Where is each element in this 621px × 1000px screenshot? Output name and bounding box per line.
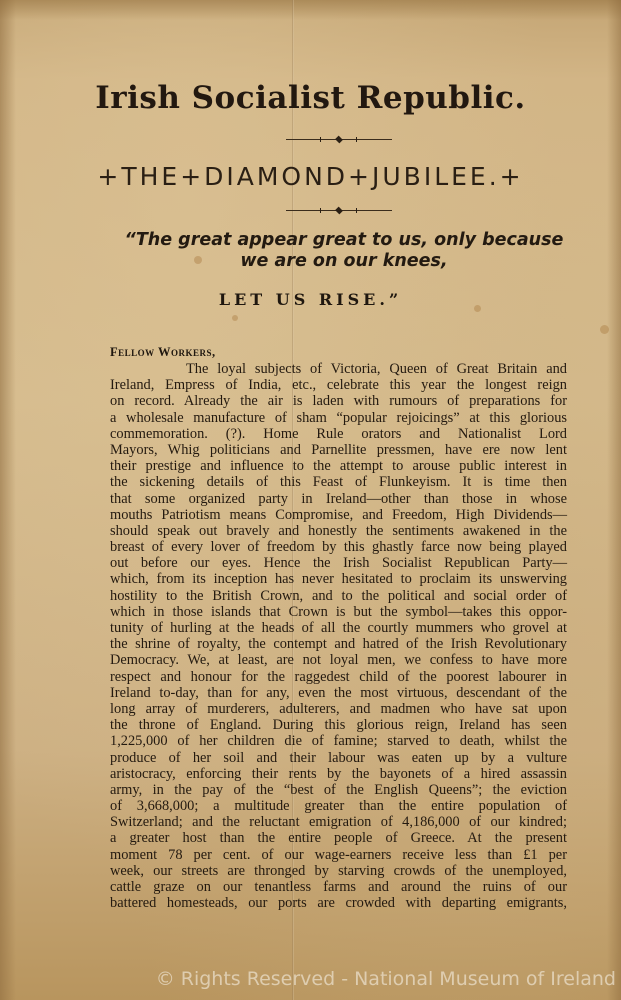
body-line: tunity of hurling at the heads of all th…: [110, 620, 567, 636]
body-line: Ireland to-day, than for any, even the m…: [110, 685, 567, 701]
body-line: that some organized party in Ireland—oth…: [110, 491, 567, 507]
body-line: moment 78 per cent. of our wage-earners …: [110, 847, 567, 863]
stain: [232, 315, 238, 321]
body-line: breast of every lover of freedom by this…: [110, 539, 567, 555]
document-page: Irish Socialist Republic. +THE+DIAMOND+J…: [0, 0, 621, 1000]
copyright-watermark: © Rights Reserved - National Museum of I…: [0, 968, 616, 990]
body-line: produce of her soil and their labour was…: [110, 750, 567, 766]
document-title: Irish Socialist Republic.: [0, 80, 621, 116]
body-line: The loyal subjects of Victoria, Queen of…: [110, 361, 567, 377]
body-line: Mayors, Whig politicians and Parnellite …: [110, 442, 567, 458]
body-line: hostility to the British Crown, and to t…: [110, 588, 567, 604]
document-subtitle: +THE+DIAMOND+JUBILEE.+: [0, 162, 621, 191]
body-line: on record. Already the air is laden with…: [110, 393, 567, 409]
epigraph-call-to-action: LET US RISE.”: [0, 290, 621, 309]
body-line: aristocracy, enforcing their rents by th…: [110, 766, 567, 782]
body-line: 1,225,000 of her children die of famine;…: [110, 733, 567, 749]
paper-edge-top: [0, 0, 621, 20]
body-line: a greater host than the entire people of…: [110, 830, 567, 846]
body-line: week, our streets are thronged by starvi…: [110, 863, 567, 879]
body-line: their prestige and influence to the atte…: [110, 458, 567, 474]
body-line: Ireland, Empress of India, etc., celebra…: [110, 377, 567, 393]
body-line: army, in the pay of the “best of the Eng…: [110, 782, 567, 798]
paper-edge-right: [607, 0, 621, 1000]
stain: [600, 325, 609, 334]
body-line: commemoration. (?). Home Rule orators an…: [110, 426, 567, 442]
body-line: respect and honour for the raggedest chi…: [110, 669, 567, 685]
body-line: mouths Patriotism means Compromise, and …: [110, 507, 567, 523]
paper-edge-left: [0, 0, 16, 1000]
body-line: the sickening details of this Feast of F…: [110, 474, 567, 490]
salutation: Fellow Workers,: [110, 345, 216, 360]
ornamental-divider: [286, 210, 392, 211]
body-line: the shrine of royalty, the contempt and …: [110, 636, 567, 652]
body-line: a wholesale manufacture of sham “popular…: [110, 410, 567, 426]
body-line: should speak out bravely and honestly th…: [110, 523, 567, 539]
body-line: Democracy. We, at least, are not loyal m…: [110, 652, 567, 668]
body-paragraph: The loyal subjects of Victoria, Queen of…: [110, 361, 567, 911]
ornamental-divider: [286, 139, 392, 140]
body-line: long array of murderers, adulterers, and…: [110, 701, 567, 717]
body-line: the throne of England. During this glori…: [110, 717, 567, 733]
body-line: of 3,668,000; a multitude greater than t…: [110, 798, 567, 814]
body-line: which, from its inception has never hesi…: [110, 571, 567, 587]
body-line: out before our eyes. Hence the Irish Soc…: [110, 555, 567, 571]
epigraph-quote: “The great appear great to us, only beca…: [110, 230, 578, 272]
body-line: which in those islands that Crown is but…: [110, 604, 567, 620]
body-line: Switzerland; and the reluctant emigratio…: [110, 814, 567, 830]
body-line: cattle graze on our tenantless farms and…: [110, 879, 567, 895]
body-line: battered homesteads, our ports are crowd…: [110, 895, 567, 911]
